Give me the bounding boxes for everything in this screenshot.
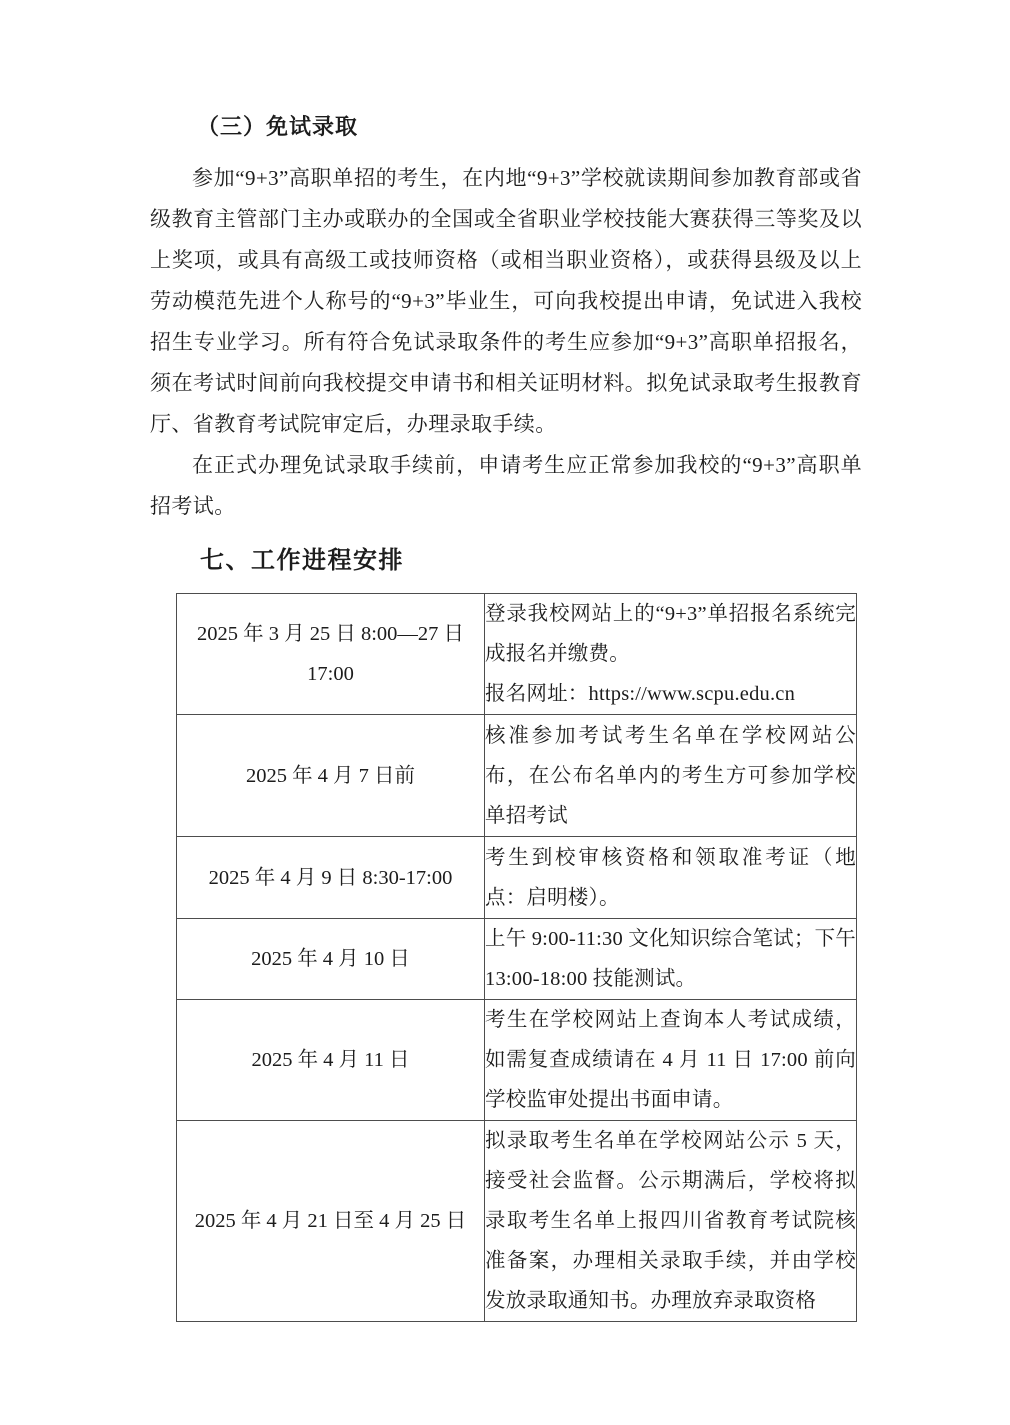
- schedule-task-text: 拟录取考生名单在学校网站公示 5 天，接受社会监督。公示期满后，学校将拟录取考生…: [485, 1121, 856, 1321]
- table-row: 2025 年 4 月 11 日 考生在学校网站上查询本人考试成绩，如需复查成绩请…: [177, 1000, 857, 1121]
- table-row: 2025 年 4 月 9 日 8:30-17:00 考生到校审核资格和领取准考证…: [177, 837, 857, 919]
- document-content: （三）免试录取 参加“9+3”高职单招的考生，在内地“9+3”学校就读期间参加教…: [0, 0, 1010, 1322]
- schedule-task-text: 核准参加考试考生名单在学校网站公布，在公布名单内的考生方可参加学校单招考试: [485, 716, 856, 836]
- schedule-task: 考生在学校网站上查询本人考试成绩，如需复查成绩请在 4 月 11 日 17:00…: [485, 1000, 857, 1121]
- section-heading-exempt-admission: （三）免试录取: [197, 112, 862, 142]
- table-row: 2025 年 4 月 21 日至 4 月 25 日 拟录取考生名单在学校网站公示…: [177, 1121, 857, 1322]
- schedule-date: 2025 年 4 月 10 日: [177, 919, 485, 1000]
- schedule-task: 考生到校审核资格和领取准考证（地点：启明楼）。: [485, 837, 857, 919]
- paragraph-exempt-admission-exam: 在正式办理免试录取手续前，申请考生应正常参加我校的“9+3”高职单招考试。: [150, 445, 862, 527]
- table-row: 2025 年 4 月 10 日 上午 9:00-11:30 文化知识综合笔试；下…: [177, 919, 857, 1000]
- schedule-table: 2025 年 3 月 25 日 8:00—27 日 17:00 登录我校网站上的…: [176, 593, 857, 1322]
- schedule-task-text: 登录我校网站上的“9+3”单招报名系统完成报名并缴费。: [485, 594, 856, 674]
- paragraph-exempt-admission-conditions: 参加“9+3”高职单招的考生，在内地“9+3”学校就读期间参加教育部或省级教育主…: [150, 158, 862, 445]
- table-row: 2025 年 4 月 7 日前 核准参加考试考生名单在学校网站公布，在公布名单内…: [177, 715, 857, 837]
- schedule-date: 2025 年 3 月 25 日 8:00—27 日 17:00: [177, 594, 485, 715]
- schedule-date: 2025 年 4 月 21 日至 4 月 25 日: [177, 1121, 485, 1322]
- schedule-date: 2025 年 4 月 7 日前: [177, 715, 485, 837]
- schedule-task: 登录我校网站上的“9+3”单招报名系统完成报名并缴费。 报名网址：https:/…: [485, 594, 857, 715]
- table-row: 2025 年 3 月 25 日 8:00—27 日 17:00 登录我校网站上的…: [177, 594, 857, 715]
- schedule-date: 2025 年 4 月 9 日 8:30-17:00: [177, 837, 485, 919]
- schedule-task: 核准参加考试考生名单在学校网站公布，在公布名单内的考生方可参加学校单招考试: [485, 715, 857, 837]
- schedule-task: 拟录取考生名单在学校网站公示 5 天，接受社会监督。公示期满后，学校将拟录取考生…: [485, 1121, 857, 1322]
- schedule-task: 上午 9:00-11:30 文化知识综合笔试；下午 13:00-18:00 技能…: [485, 919, 857, 1000]
- schedule-task-text: 考生在学校网站上查询本人考试成绩，如需复查成绩请在 4 月 11 日 17:00…: [485, 1000, 856, 1120]
- schedule-task-url: 报名网址：https://www.scpu.edu.cn: [485, 674, 856, 714]
- schedule-task-text: 考生到校审核资格和领取准考证（地点：启明楼）。: [485, 838, 856, 918]
- schedule-date: 2025 年 4 月 11 日: [177, 1000, 485, 1121]
- schedule-task-text: 上午 9:00-11:30 文化知识综合笔试；下午 13:00-18:00 技能…: [485, 919, 856, 999]
- document-page: （三）免试录取 参加“9+3”高职单招的考生，在内地“9+3”学校就读期间参加教…: [0, 0, 1010, 1425]
- section-heading-work-schedule: 七、工作进程安排: [200, 545, 862, 577]
